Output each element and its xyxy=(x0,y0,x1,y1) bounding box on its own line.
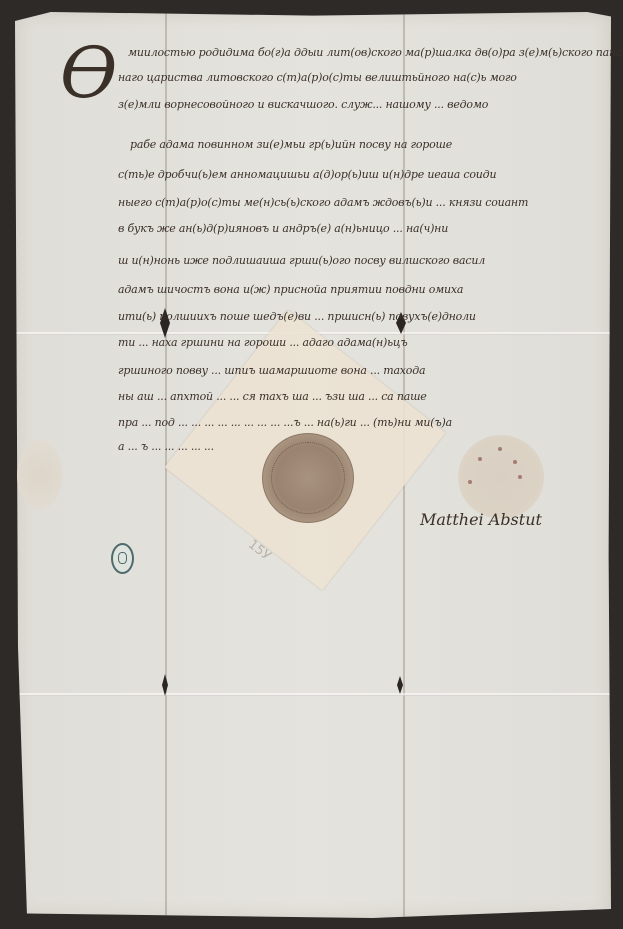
seal-dot xyxy=(498,447,502,451)
text-line: с(ть)е дробчи(ь)ем анномацишьи а(д)ор(ь)… xyxy=(118,168,496,181)
seal-dot xyxy=(518,475,522,479)
text-line: в букъ же ан(ь)д(р)ияновъ и андръ(е) а(н… xyxy=(118,222,448,235)
seal-ring xyxy=(271,442,345,514)
text-line: адамъ шичостъ вона и(ж) приснойа приятии… xyxy=(118,283,463,296)
faded-seal-right xyxy=(458,435,544,519)
text-line: ныего с(т)а(р)о(с)ты ме(н)сь(ь)ского ада… xyxy=(118,196,528,209)
text-line: ш и(н)нонь иже подлишаиша грши(ь)ого пос… xyxy=(118,254,485,267)
text-line: гршиного повву ... шпиъ шамаршиоте вона … xyxy=(118,364,425,377)
text-line: а ... ъ ... ... ... ... ... xyxy=(118,440,214,453)
text-line: ти ... наха гршини на гороши ... адаго а… xyxy=(118,336,407,349)
seal-dot xyxy=(513,460,517,464)
text-line: з(е)мли ворнесовойного и вискачшого. слу… xyxy=(118,98,488,111)
library-stamp-icon xyxy=(111,543,134,574)
text-line: пра ... под ... ... ... ... ... ... ... … xyxy=(118,416,452,429)
decorated-initial: Ѳ xyxy=(60,38,117,108)
seal-dot xyxy=(468,480,472,484)
text-line: ны аш ... апхтой ... ... ся тахъ ша ... … xyxy=(118,390,427,403)
signature: Matthei Abstut xyxy=(420,510,542,529)
text-line: миилостью родидима бо(г)а ддыи лит(ов)ск… xyxy=(128,46,623,59)
wax-seal-main xyxy=(262,433,354,523)
horizontal-fold-bottom xyxy=(15,693,611,696)
left-seal-trace xyxy=(17,440,62,510)
text-line: рабе адама повинном зи(е)мьи гр(ь)ийн по… xyxy=(130,138,452,151)
seal-dot xyxy=(478,457,482,461)
text-line: наго цариства литовского с(т)а(р)о(с)ты … xyxy=(118,71,517,84)
text-line: ити(ь) полшиихъ поше шедъ(е)ви ... пршис… xyxy=(118,310,476,323)
